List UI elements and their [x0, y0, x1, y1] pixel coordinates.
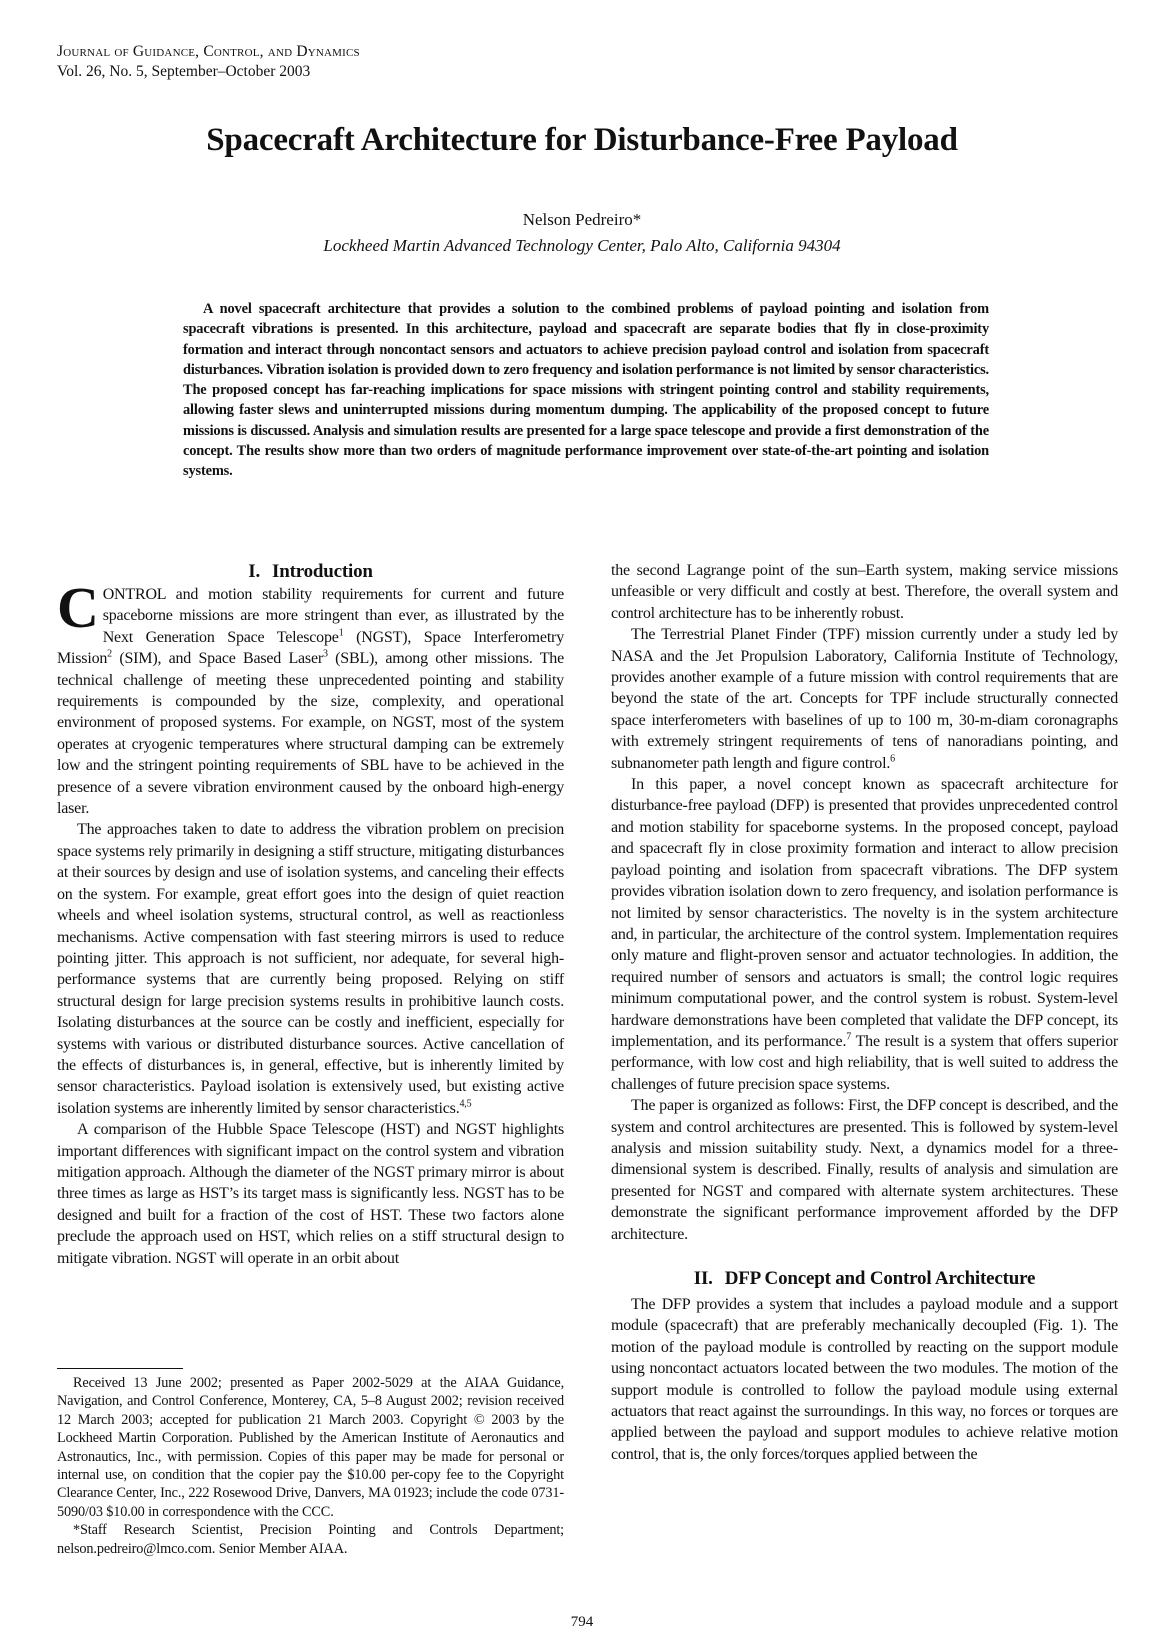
- paragraph: A comparison of the Hubble Space Telesco…: [57, 1119, 564, 1269]
- journal-name: Journal of Guidance, Control, and Dynami…: [57, 42, 360, 62]
- drop-cap: C: [57, 586, 99, 630]
- footnote-rule: [57, 1368, 183, 1369]
- section-heading-dfp-concept: II.DFP Concept and Control Architecture: [611, 1267, 1118, 1291]
- left-column: I.Introduction CONTROL and motion stabil…: [57, 560, 564, 1269]
- footnotes: Received 13 June 2002; presented as Pape…: [57, 1368, 564, 1558]
- paragraph: CONTROL and motion stability requirement…: [57, 584, 564, 819]
- volume-info: Vol. 26, No. 5, September–October 2003: [57, 62, 360, 82]
- citation[interactable]: 6: [890, 753, 895, 764]
- paragraph: the second Lagrange point of the sun–Ear…: [611, 560, 1118, 624]
- paper-title: Spacecraft Architecture for Disturbance-…: [0, 122, 1164, 159]
- citation[interactable]: 4,5: [460, 1098, 472, 1109]
- paragraph: In this paper, a novel concept known as …: [611, 774, 1118, 1095]
- author-affiliation: Lockheed Martin Advanced Technology Cent…: [0, 236, 1164, 256]
- paragraph: The paper is organized as follows: First…: [611, 1095, 1118, 1245]
- footnote-received: Received 13 June 2002; presented as Pape…: [57, 1374, 564, 1521]
- paragraph: The approaches taken to date to address …: [57, 819, 564, 1119]
- page-number: 794: [0, 1614, 1164, 1631]
- paragraph: The Terrestrial Planet Finder (TPF) miss…: [611, 624, 1118, 774]
- abstract: A novel spacecraft architecture that pro…: [183, 299, 989, 482]
- right-column: the second Lagrange point of the sun–Ear…: [611, 560, 1118, 1465]
- section-heading-introduction: I.Introduction: [57, 560, 564, 584]
- paragraph: The DFP provides a system that includes …: [611, 1294, 1118, 1465]
- journal-header: Journal of Guidance, Control, and Dynami…: [57, 42, 360, 82]
- author-name: Nelson Pedreiro*: [0, 210, 1164, 230]
- footnote-author: *Staff Research Scientist, Precision Poi…: [57, 1521, 564, 1558]
